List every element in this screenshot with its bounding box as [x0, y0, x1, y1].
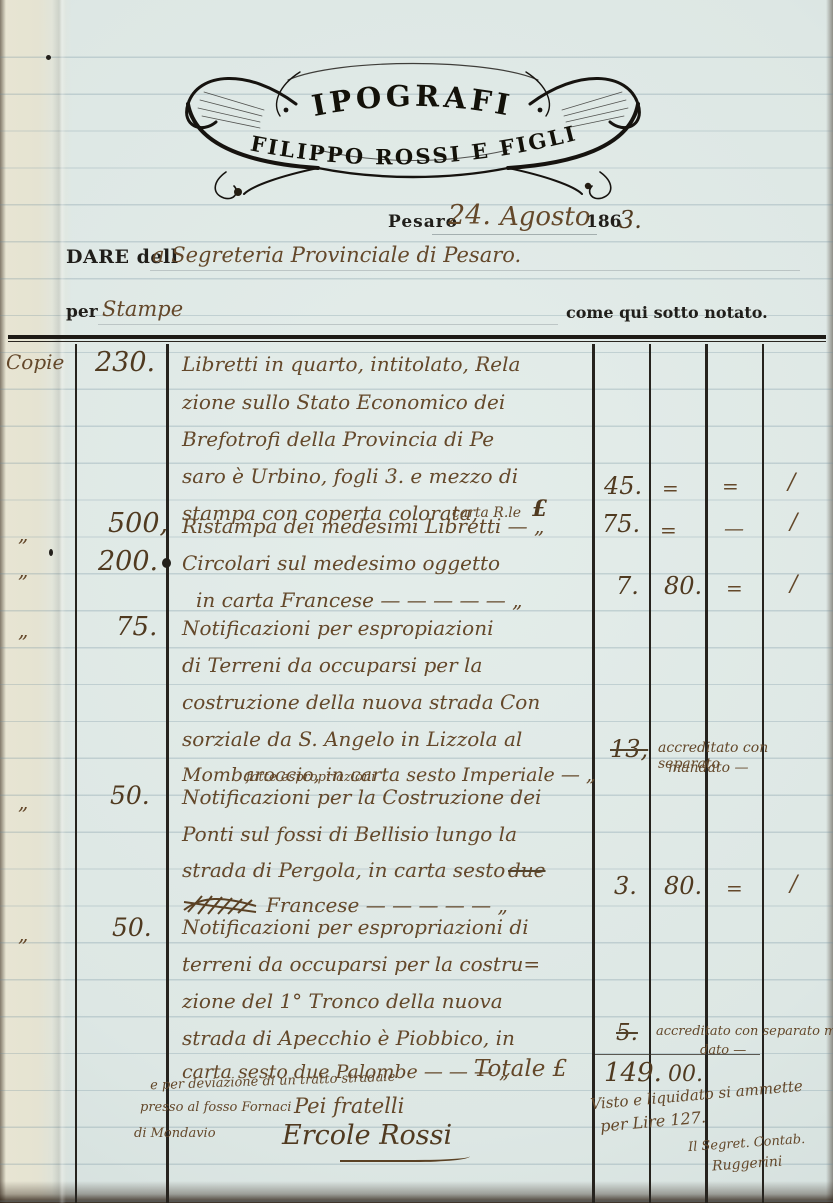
ditto-mark: „	[18, 522, 28, 546]
ink-speck	[46, 55, 51, 60]
ornament-dot-right	[538, 108, 543, 113]
signature-name: Ercole Rossi	[282, 1120, 452, 1151]
deviation-note-line2: presso al fosso Fornaci	[140, 1100, 291, 1115]
amount-row2-c4: /	[790, 510, 797, 535]
ink-scribble	[182, 892, 260, 916]
amount-row4-lire-struck: 13,	[610, 735, 648, 763]
letterhead-title: TIPOGRAFIA	[168, 52, 516, 123]
ditto-mark: „	[18, 922, 28, 946]
amount-row1-c2: =	[662, 476, 679, 500]
year-printed: 186	[586, 212, 622, 232]
amount-row6-lire-struck: 5.	[616, 1020, 638, 1046]
row6-line4: strada di Apecchio è Piobbico, in	[182, 1026, 515, 1050]
ornament-dot-left	[284, 108, 289, 113]
row5-line3: strada di Pergola, in carta sesto	[182, 858, 505, 882]
column-rule-6	[762, 344, 764, 1203]
row1-line4: saro è Urbino, fogli 3. e mezzo di	[182, 464, 518, 488]
amount-row3-lire: 7.	[616, 572, 639, 600]
letterhead-flourish-engraving: TIPOGRAFIA FILIPPO ROSSI E FIGLI	[168, 52, 658, 204]
row1-line3: Brefotrofi della Provincia di Pe	[182, 427, 494, 451]
row5-struck-word: due	[508, 858, 546, 882]
amount-row3-cent: 80.	[664, 572, 702, 600]
ink-blot-right	[585, 183, 591, 189]
letterhead-firm-name: FILIPPO ROSSI E FIGLI	[249, 120, 580, 169]
deviation-note-line3: di Mondavio	[134, 1126, 216, 1141]
amount-row1-c4: /	[788, 470, 795, 495]
table-top-rule-thin	[8, 341, 826, 342]
amount-row2-c3: —	[724, 516, 744, 540]
dare-debtor-handwritten: a Segreteria Provinciale di Pesaro.	[152, 243, 521, 267]
ditto-mark: „	[18, 790, 28, 814]
column-rule-2	[166, 344, 169, 1203]
date-day-handwritten: 24.	[448, 200, 491, 231]
row2-line1: Ristampa dei medesimi Libretti — „	[182, 514, 544, 538]
row5-line2: Ponti sul fossi di Bellisio lungo la	[182, 822, 517, 846]
per-label: per	[66, 302, 98, 322]
totale-label: Totale £	[474, 1056, 567, 1082]
amount-row3-c3: =	[726, 576, 743, 600]
ditto-mark: „	[18, 558, 28, 582]
table-top-rule-thick	[8, 335, 826, 339]
ink-blot-left	[234, 188, 242, 196]
visto-signature: Ruggerini	[712, 1154, 783, 1175]
row5-line4: Francese — — — — — „	[266, 893, 508, 917]
qty-row6: 50.	[112, 913, 152, 942]
per-underline	[98, 324, 558, 325]
amount-row5-c4: /	[790, 872, 797, 897]
row6-line3: zione del 1° Tronco della nuova	[182, 989, 503, 1013]
document-page: TIPOGRAFIA FILIPPO ROSSI E FIGLI Pesaro …	[0, 0, 833, 1203]
row5-inserted-note: fatte espropriazioni	[246, 770, 375, 785]
paper-crease	[52, 0, 66, 1203]
totale-lire: 149.	[604, 1058, 662, 1088]
row6-line2: terreni da occuparsi per la costru=	[182, 952, 540, 976]
amount-row5-cent: 80.	[664, 872, 702, 900]
row6-accredited-note-2: dato —	[700, 1043, 746, 1058]
amount-row1-c3: =	[722, 474, 739, 498]
amount-row2-lire: 75.	[602, 510, 640, 538]
amount-row3-c4: /	[790, 572, 797, 597]
signature-flourish	[340, 1152, 470, 1162]
row6-line1: Notificazioni per espropriazioni di	[182, 915, 529, 939]
come-qui-sotto-notato-label: come qui sotto notato.	[566, 303, 768, 322]
amount-row5-lire: 3.	[614, 872, 637, 900]
totale-cent: 00.	[668, 1062, 703, 1087]
qty-row2: 500,	[108, 508, 168, 539]
row4-line4: sorziale da S. Angelo in Lizzola al	[182, 727, 522, 751]
ink-speck	[49, 549, 53, 556]
amount-row1-lire: 45.	[604, 472, 642, 500]
row3-line1: Circolari sul medesimo oggetto	[182, 551, 500, 575]
row4-line3: costruzione della nuova strada Con	[182, 690, 540, 714]
date-month-handwritten: Agosto	[500, 202, 591, 232]
row4-accredited-note-2: mandato —	[668, 760, 748, 776]
row4-line5: Mombaroccio, in carta sesto Imperiale — …	[182, 764, 596, 786]
visto-line2: per Lire 127.	[599, 1107, 706, 1135]
row4-line1: Notificazioni per espropiazioni	[182, 616, 493, 640]
amount-row2-c2: =	[660, 518, 677, 542]
totale-rule	[595, 1054, 760, 1055]
signature-intro: Pei fratelli	[294, 1094, 404, 1118]
year-digit-handwritten: 3.	[619, 206, 642, 234]
ink-speck	[162, 558, 171, 568]
per-subject-handwritten: Stampe	[102, 297, 183, 321]
margin-header-copie: Copie	[6, 350, 64, 374]
dare-underline	[150, 270, 800, 271]
row4-line2: di Terreni da occuparsi per la	[182, 653, 482, 677]
qty-row3: 200.	[98, 546, 158, 577]
date-underline	[432, 234, 597, 235]
row3-line2: in carta Francese — — — — — „	[196, 588, 523, 612]
qty-row4: 75.	[116, 612, 157, 642]
ditto-mark: „	[18, 618, 28, 642]
row1-line1: Libretti in quarto, intitolato, Rela	[182, 352, 520, 376]
row5-line1: Notificazioni per la Costruzione dei	[182, 785, 541, 809]
qty-row5: 50.	[110, 781, 150, 810]
qty-row1: 230.	[95, 347, 155, 378]
row1-line2: zione sullo Stato Economico dei	[182, 390, 505, 414]
amount-row5-c3: =	[726, 876, 743, 900]
row6-accredited-note-1: accreditato con separato man	[656, 1024, 833, 1039]
column-rule-1	[75, 344, 77, 1203]
